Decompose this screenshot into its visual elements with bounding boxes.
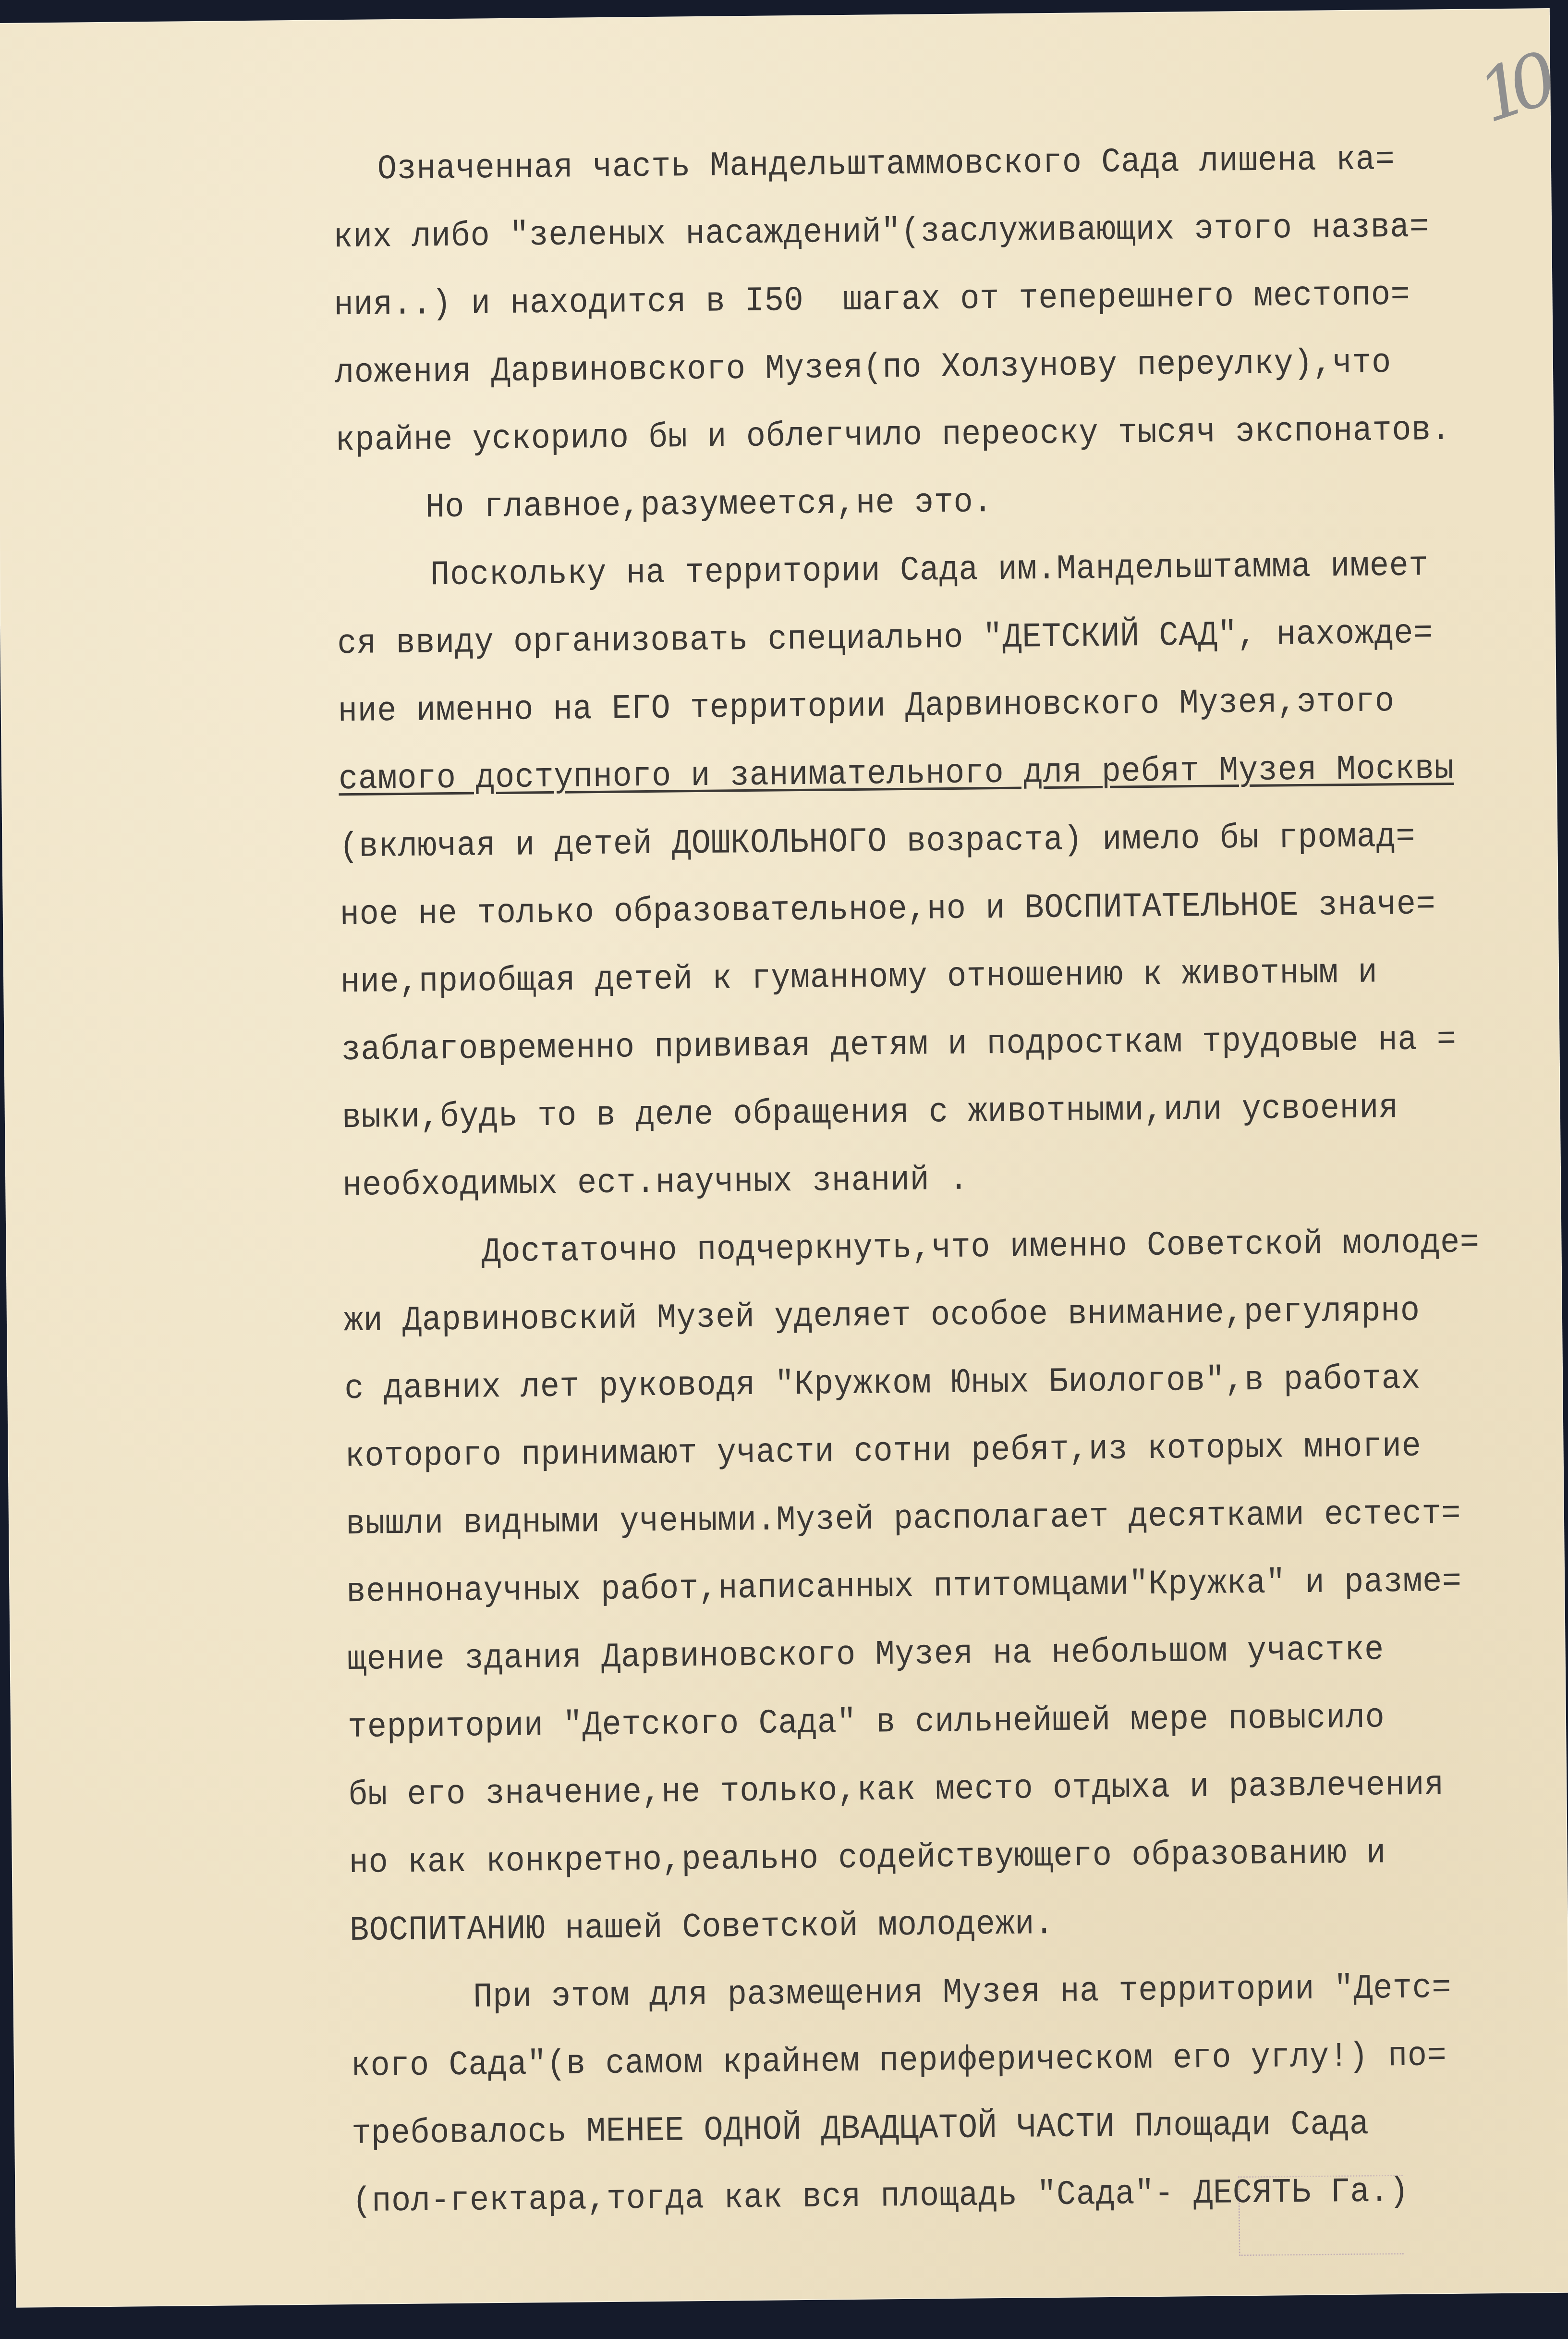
text-line: Но главное,разумеется,не это. [336, 464, 1480, 542]
text-line: вышли видными учеными.Музей располагает … [345, 1480, 1489, 1558]
archive-stamp [1238, 2175, 1404, 2256]
text-line: Поскольку на территории Сада им.Мандельш… [336, 531, 1480, 610]
text-line: ние именно на ЕГО территории Дарвиновско… [338, 667, 1482, 746]
text-line: с давних лет руководя "Кружком Юных Биол… [344, 1344, 1488, 1423]
text-line: (включая и детей ДОШКОЛЬНОГО возраста) и… [339, 802, 1483, 881]
text-line: щение здания Дарвиновского Музея на небо… [347, 1615, 1491, 1694]
text-line: ное не только образовательное,но и ВОСПИ… [340, 870, 1483, 949]
text-line: но как конкретно,реально содействующего … [349, 1818, 1493, 1897]
text-line: ние,приобщая детей к гуманному отношению… [340, 938, 1484, 1016]
text-line: кого Сада"(в самом крайнем периферическо… [351, 2021, 1495, 2100]
text-line: заблаговременно прививая детям и подрост… [341, 1005, 1485, 1084]
typewritten-body: Означенная часть Мандельштаммовского Сад… [332, 125, 1496, 2236]
text-line: ся ввиду организовать специально "ДЕТСКИ… [337, 599, 1481, 678]
text-line: жи Дарвиновский Музей уделяет особое вни… [343, 1276, 1487, 1355]
text-line: требовалось МЕНЕЕ ОДНОЙ ДВАДЦАТОЙ ЧАСТИ … [352, 2089, 1495, 2168]
text-line: которого принимают участи сотни ребят,из… [345, 1412, 1489, 1491]
text-line: бы его значение,не только,как место отды… [348, 1751, 1492, 1829]
text-line: При этом для размещения Музея на террито… [350, 1954, 1494, 2033]
text-line-underlined: самого доступного и занимательного для р… [338, 735, 1482, 813]
text-line: веннонаучных работ,написанных птитомцами… [346, 1547, 1490, 1626]
document-page: 10 Означенная часть Мандельштаммовского … [0, 9, 1568, 2307]
text-line: необходимых ест.научных знаний . [342, 1141, 1486, 1220]
text-line: ВОСПИТАНИЮ нашей Советской молодежи. [349, 1886, 1493, 1965]
text-line: выки,будь то в деле обращения с животным… [341, 1073, 1485, 1152]
text-line: ких либо "зеленых насаждений"(заслуживаю… [333, 193, 1477, 271]
text-line: ния..) и находится в I50 шагах от тепере… [334, 260, 1478, 339]
text-line: крайне ускорило бы и облегчило переоску … [335, 396, 1479, 475]
text-line: территории "Детского Сада" в сильнейшей … [347, 1683, 1491, 1762]
text-line: Достаточно подчеркнуть,что именно Советс… [343, 1209, 1487, 1287]
text-line: Означенная часть Мандельштаммовского Сад… [332, 125, 1476, 204]
page-number: 10 [1468, 40, 1554, 139]
text-line: ложения Дарвиновского Музея(по Холзунову… [334, 328, 1478, 407]
